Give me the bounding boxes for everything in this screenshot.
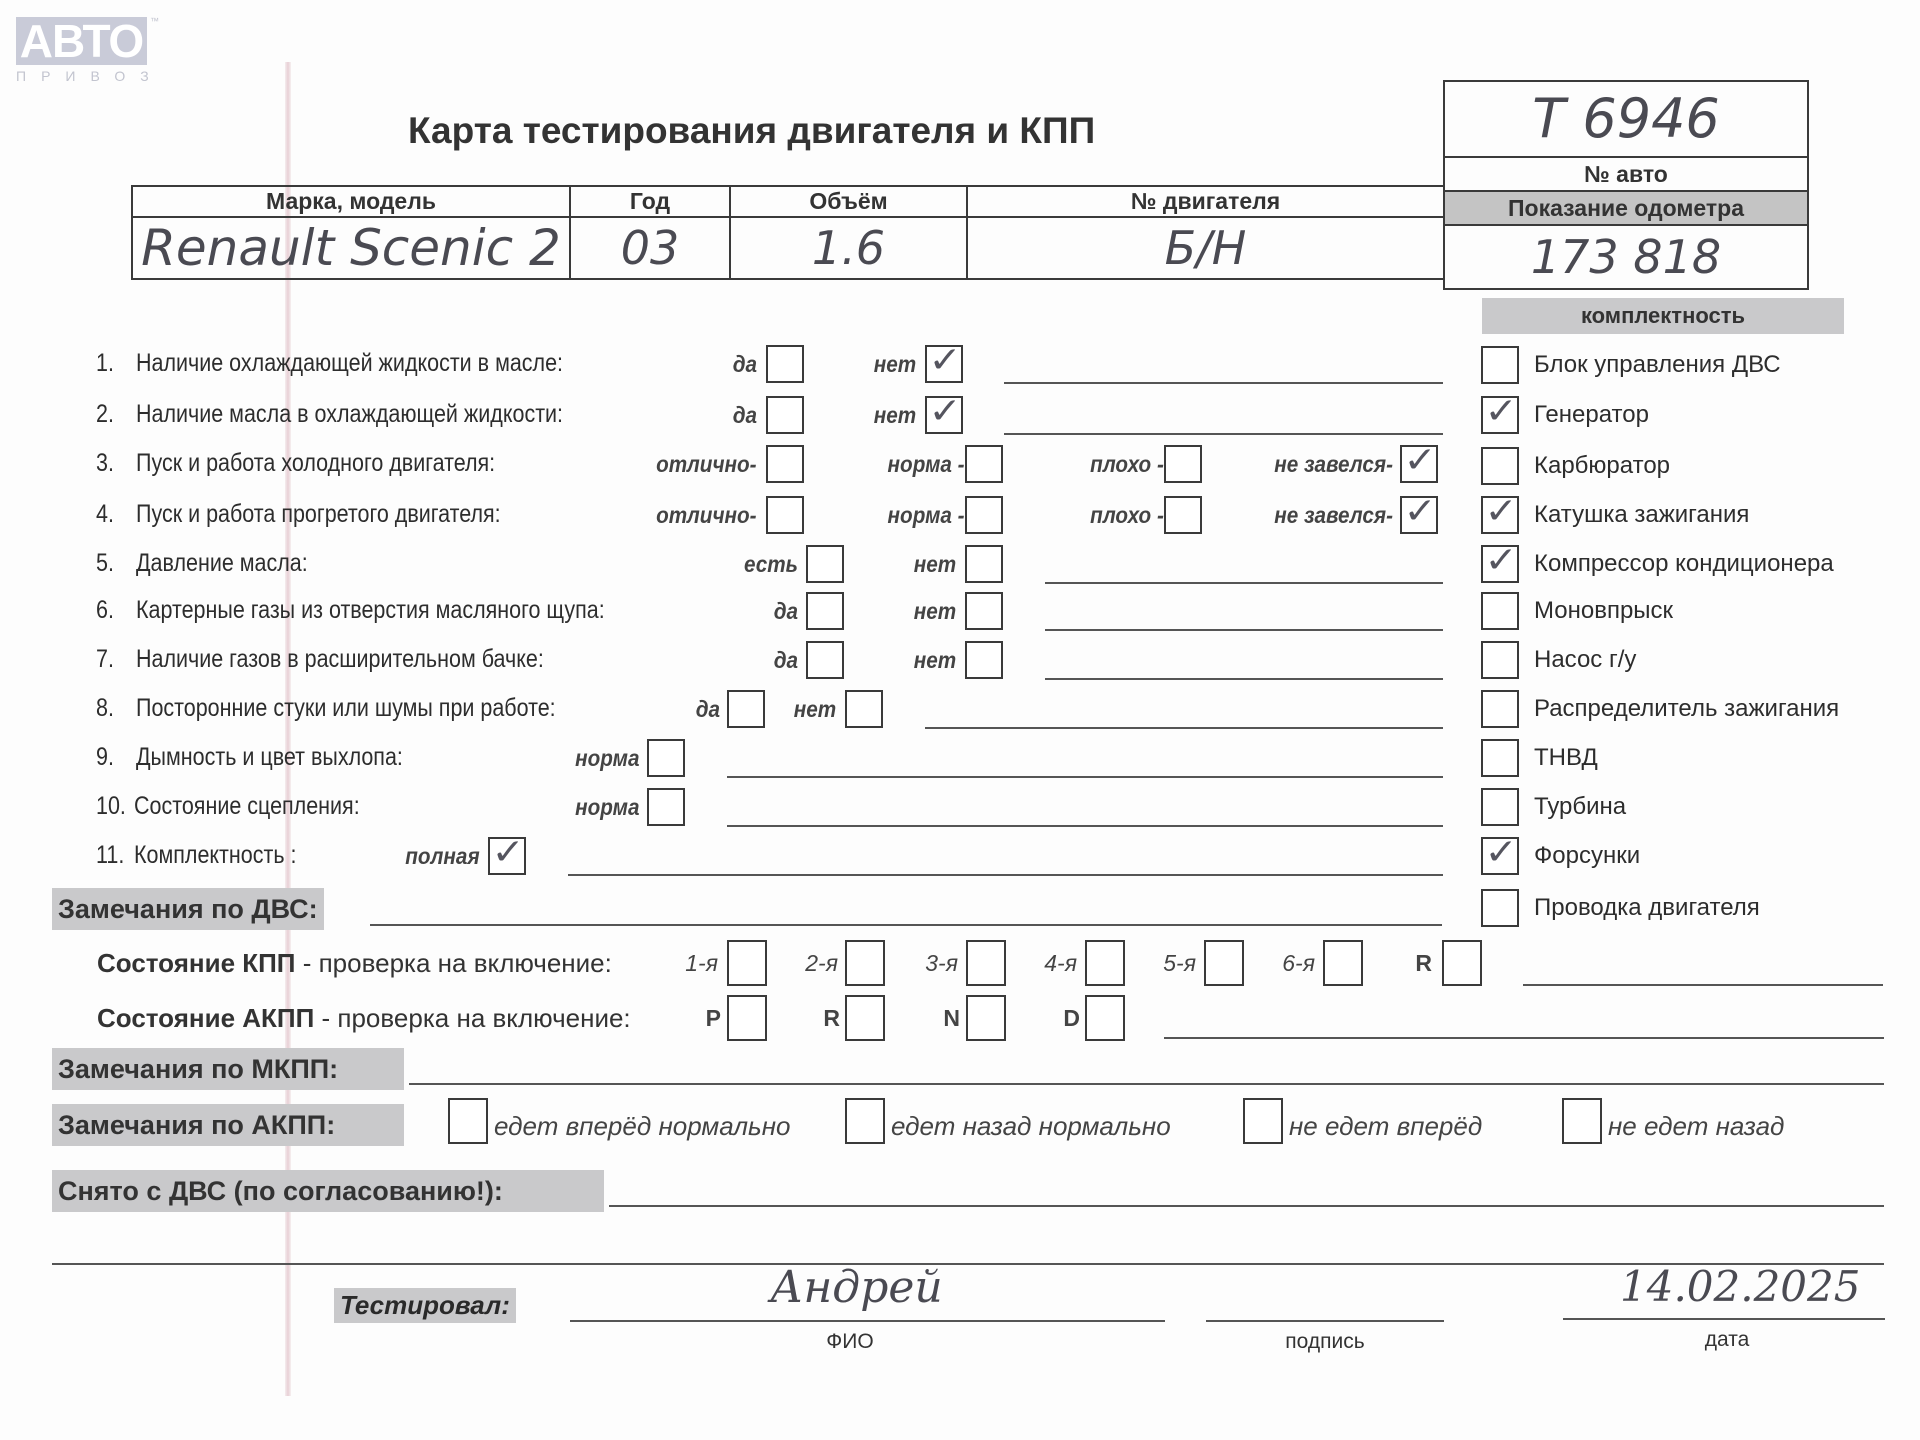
gear-checkbox[interactable] xyxy=(845,940,885,986)
option-label: да xyxy=(696,696,720,723)
question-text: Посторонние стуки или шумы при работе: xyxy=(136,694,556,723)
question-text: Состояние сцепления: xyxy=(134,792,360,821)
date-line[interactable] xyxy=(1563,1318,1885,1320)
date-caption: дата xyxy=(1667,1328,1787,1352)
completeness-checkbox[interactable] xyxy=(1481,889,1519,927)
question-text: Наличие газов в расширительном бачке: xyxy=(136,645,544,674)
question-number: 2. xyxy=(96,400,114,429)
gear-label: R xyxy=(1415,950,1432,977)
completeness-item-label: ТНВД xyxy=(1534,744,1598,772)
removed-line[interactable] xyxy=(609,1205,1884,1207)
col-header-make-model: Марка, модель xyxy=(132,186,570,217)
question-number: 10. xyxy=(96,792,126,821)
completeness-checkbox[interactable]: ✓ xyxy=(1481,396,1519,434)
option-checkbox[interactable]: ✓ xyxy=(488,837,526,875)
remarks-engine-label: Замечания по ДВС: xyxy=(52,888,324,930)
question-number: 3. xyxy=(96,449,114,478)
question-text: Пуск и работа прогретого двигателя: xyxy=(136,500,501,529)
option-checkbox[interactable] xyxy=(727,690,765,728)
gear-label: 5-я xyxy=(1163,950,1196,977)
option-label: норма - xyxy=(888,502,965,529)
engine-number-value[interactable]: Б/Н xyxy=(967,217,1444,279)
option-checkbox[interactable] xyxy=(965,641,1003,679)
option-label: да xyxy=(733,351,757,378)
completeness-item-label: Генератор xyxy=(1534,401,1649,429)
completeness-item-label: Форсунки xyxy=(1534,842,1640,870)
notes-line[interactable] xyxy=(1045,629,1443,631)
logo-trademark: ™ xyxy=(150,16,159,26)
notes-line[interactable] xyxy=(568,874,1443,876)
option-label: отлично- xyxy=(657,502,757,529)
plate-value[interactable]: T 6946 xyxy=(1445,82,1807,156)
option-checkbox[interactable] xyxy=(647,788,685,826)
akpp-option-label: едет вперёд нормально xyxy=(494,1111,790,1142)
question-text: Наличие масла в охлаждающей жидкости: xyxy=(136,400,563,429)
plate-label: № авто xyxy=(1445,156,1807,190)
completeness-item-label: Моновпрыск xyxy=(1534,597,1673,625)
akpp-option-checkbox[interactable] xyxy=(1243,1098,1283,1144)
option-checkbox[interactable] xyxy=(766,345,804,383)
completeness-checkbox[interactable]: ✓ xyxy=(1481,496,1519,534)
gear-label: 6-я xyxy=(1282,950,1315,977)
gear-label: 3-я xyxy=(925,950,958,977)
col-header-year: Год xyxy=(570,186,730,217)
option-checkbox[interactable] xyxy=(806,641,844,679)
year-value[interactable]: 03 xyxy=(570,217,730,279)
remarks-manual-label: Замечания по МКПП: xyxy=(52,1048,404,1090)
completeness-item-label: Компрессор кондиционера xyxy=(1534,550,1834,578)
akpp-option-label: не едет вперёд xyxy=(1289,1111,1482,1142)
akpp-option-checkbox[interactable] xyxy=(845,1098,885,1144)
question-number: 1. xyxy=(96,349,114,378)
option-label: да xyxy=(774,647,798,674)
option-checkbox[interactable]: ✓ xyxy=(1400,445,1438,483)
option-label: полная xyxy=(406,843,480,870)
option-checkbox[interactable] xyxy=(766,396,804,434)
avtoprivoz-logo: АВТО xyxy=(16,17,147,65)
notes-line[interactable] xyxy=(925,727,1443,729)
option-label: да xyxy=(774,598,798,625)
question-number: 9. xyxy=(96,743,114,772)
option-checkbox[interactable] xyxy=(806,592,844,630)
auto-gearbox-label: Состояние АКПП - проверка на включение: xyxy=(97,1003,631,1034)
option-label: плохо - xyxy=(1090,451,1164,478)
option-checkbox[interactable]: ✓ xyxy=(1400,496,1438,534)
auto-gearbox-notes-line[interactable] xyxy=(1164,1037,1884,1039)
completeness-item-label: Катушка зажигания xyxy=(1534,501,1749,529)
completeness-checkbox[interactable]: ✓ xyxy=(1481,837,1519,875)
col-header-engine-number: № двигателя xyxy=(967,186,1444,217)
question-text: Наличие охлаждающей жидкости в масле: xyxy=(136,349,563,378)
gear-label: 2-я xyxy=(805,950,838,977)
gear-checkbox[interactable] xyxy=(966,940,1006,986)
question-number: 6. xyxy=(96,596,114,625)
question-text: Дымность и цвет выхлопа: xyxy=(136,743,403,772)
gear-checkbox[interactable] xyxy=(1442,940,1482,986)
odometer-label: Показание одометра xyxy=(1445,190,1807,224)
col-header-volume: Объём xyxy=(730,186,967,217)
completeness-checkbox[interactable] xyxy=(1481,641,1519,679)
question-number: 4. xyxy=(96,500,114,529)
volume-value[interactable]: 1.6 xyxy=(730,217,967,279)
option-checkbox[interactable] xyxy=(766,445,804,483)
tester-name-value[interactable]: Андрей xyxy=(770,1262,943,1313)
checkmark-icon: ✓ xyxy=(491,833,524,873)
gear-checkbox[interactable] xyxy=(727,940,767,986)
gear-checkbox[interactable] xyxy=(727,995,767,1041)
remarks-engine-line[interactable] xyxy=(370,924,1442,926)
question-text: Комплектность : xyxy=(134,841,296,870)
option-label: нет xyxy=(914,551,956,578)
logo-subtitle: ПРИВОЗ xyxy=(16,68,150,84)
make-model-value[interactable]: Renault Scenic 2 xyxy=(132,217,570,279)
date-value[interactable]: 14.02.2025 xyxy=(1620,1262,1860,1311)
option-checkbox[interactable]: ✓ xyxy=(925,345,963,383)
option-label: плохо - xyxy=(1090,502,1164,529)
question-text: Пуск и работа холодного двигателя: xyxy=(136,449,495,478)
gear-checkbox[interactable] xyxy=(1085,995,1125,1041)
option-label: нет xyxy=(914,598,956,625)
removed-line-2[interactable] xyxy=(52,1263,1884,1265)
notes-line[interactable] xyxy=(1045,582,1443,584)
option-checkbox[interactable] xyxy=(647,739,685,777)
completeness-item-label: Блок управления ДВС xyxy=(1534,351,1781,379)
removed-label: Снято с ДВС (по согласованию!): xyxy=(52,1170,604,1212)
checkmark-icon: ✓ xyxy=(928,392,961,432)
question-number: 8. xyxy=(96,694,114,723)
vehicle-number-box: T 6946 № авто Показание одометра 173 818 xyxy=(1443,80,1809,290)
gear-label: R xyxy=(823,1005,840,1032)
completeness-checkbox[interactable] xyxy=(1481,447,1519,485)
akpp-option-label: не едет назад xyxy=(1608,1111,1784,1142)
option-checkbox[interactable] xyxy=(1164,445,1202,483)
remarks-auto-label: Замечания по АКПП: xyxy=(52,1104,404,1146)
completeness-checkbox[interactable] xyxy=(1481,592,1519,630)
odometer-value[interactable]: 173 818 xyxy=(1445,224,1807,288)
question-text: Давление масла: xyxy=(136,549,308,578)
gear-checkbox[interactable] xyxy=(966,995,1006,1041)
option-checkbox[interactable] xyxy=(1164,496,1202,534)
option-label: нет xyxy=(794,696,836,723)
option-label: норма xyxy=(575,794,639,821)
gear-checkbox[interactable] xyxy=(1085,940,1125,986)
completeness-checkbox[interactable] xyxy=(1481,690,1519,728)
completeness-heading: комплектность xyxy=(1482,298,1844,334)
notes-line[interactable] xyxy=(727,776,1443,778)
signature-caption: подпись xyxy=(1265,1330,1385,1354)
manual-gearbox-notes-line[interactable] xyxy=(1523,984,1883,986)
option-label: не завелся- xyxy=(1274,502,1393,529)
signature-line[interactable] xyxy=(1206,1320,1444,1322)
checkmark-icon: ✓ xyxy=(1484,833,1517,873)
manual-gearbox-label: Состояние КПП - проверка на включение: xyxy=(97,948,612,979)
gear-label: D xyxy=(1063,1005,1080,1032)
completeness-checkbox[interactable] xyxy=(1481,788,1519,826)
option-checkbox[interactable] xyxy=(766,496,804,534)
gear-checkbox[interactable] xyxy=(1204,940,1244,986)
checkmark-icon: ✓ xyxy=(1403,492,1436,532)
checkmark-icon: ✓ xyxy=(1484,392,1517,432)
option-checkbox[interactable] xyxy=(965,445,1003,483)
question-number: 11. xyxy=(96,841,124,870)
option-checkbox[interactable] xyxy=(806,545,844,583)
notes-line[interactable] xyxy=(1004,382,1443,384)
gear-label: N xyxy=(943,1005,960,1032)
checkmark-icon: ✓ xyxy=(1484,492,1517,532)
notes-line[interactable] xyxy=(1004,433,1443,435)
option-label: нет xyxy=(874,402,916,429)
tested-by-label: Тестировал: xyxy=(334,1288,516,1323)
gear-label: P xyxy=(706,1005,721,1032)
notes-line[interactable] xyxy=(727,825,1443,827)
checkmark-icon: ✓ xyxy=(1403,441,1436,481)
gear-checkbox[interactable] xyxy=(1323,940,1363,986)
completeness-item-label: Распределитель зажигания xyxy=(1534,695,1839,723)
completeness-checkbox[interactable] xyxy=(1481,346,1519,384)
akpp-option-checkbox[interactable] xyxy=(1562,1098,1602,1144)
akpp-option-label: едет назад нормально xyxy=(891,1111,1171,1142)
gear-label: 4-я xyxy=(1044,950,1077,977)
checkmark-icon: ✓ xyxy=(928,341,961,381)
completeness-item-label: Турбина xyxy=(1534,793,1626,821)
completeness-item-label: Насос г/у xyxy=(1534,646,1636,674)
name-line[interactable] xyxy=(570,1320,1165,1322)
question-number: 5. xyxy=(96,549,114,578)
option-label: есть xyxy=(744,551,798,578)
option-checkbox[interactable]: ✓ xyxy=(925,396,963,434)
option-checkbox[interactable] xyxy=(965,496,1003,534)
option-label: отлично- xyxy=(657,451,757,478)
question-text: Картерные газы из отверстия масляного щу… xyxy=(136,596,605,625)
option-label: да xyxy=(733,402,757,429)
option-checkbox[interactable] xyxy=(965,545,1003,583)
option-label: норма - xyxy=(888,451,965,478)
option-checkbox[interactable] xyxy=(845,690,883,728)
option-label: норма xyxy=(575,745,639,772)
vehicle-info-table: Марка, модель Год Объём № двигателя Rena… xyxy=(131,185,1445,280)
gear-checkbox[interactable] xyxy=(845,995,885,1041)
page-title: Карта тестирования двигателя и КПП xyxy=(408,110,1095,152)
name-caption: ФИО xyxy=(790,1330,910,1354)
question-number: 7. xyxy=(96,645,114,674)
option-label: нет xyxy=(874,351,916,378)
option-label: нет xyxy=(914,647,956,674)
completeness-item-label: Карбюратор xyxy=(1534,452,1670,480)
akpp-option-checkbox[interactable] xyxy=(448,1098,488,1144)
option-checkbox[interactable] xyxy=(965,592,1003,630)
completeness-checkbox[interactable]: ✓ xyxy=(1481,545,1519,583)
completeness-checkbox[interactable] xyxy=(1481,739,1519,777)
notes-line[interactable] xyxy=(1045,678,1443,680)
gear-label: 1-я xyxy=(685,950,718,977)
option-label: не завелся- xyxy=(1274,451,1393,478)
completeness-item-label: Проводка двигателя xyxy=(1534,894,1760,922)
remarks-manual-line[interactable] xyxy=(409,1083,1884,1085)
checkmark-icon: ✓ xyxy=(1484,541,1517,581)
